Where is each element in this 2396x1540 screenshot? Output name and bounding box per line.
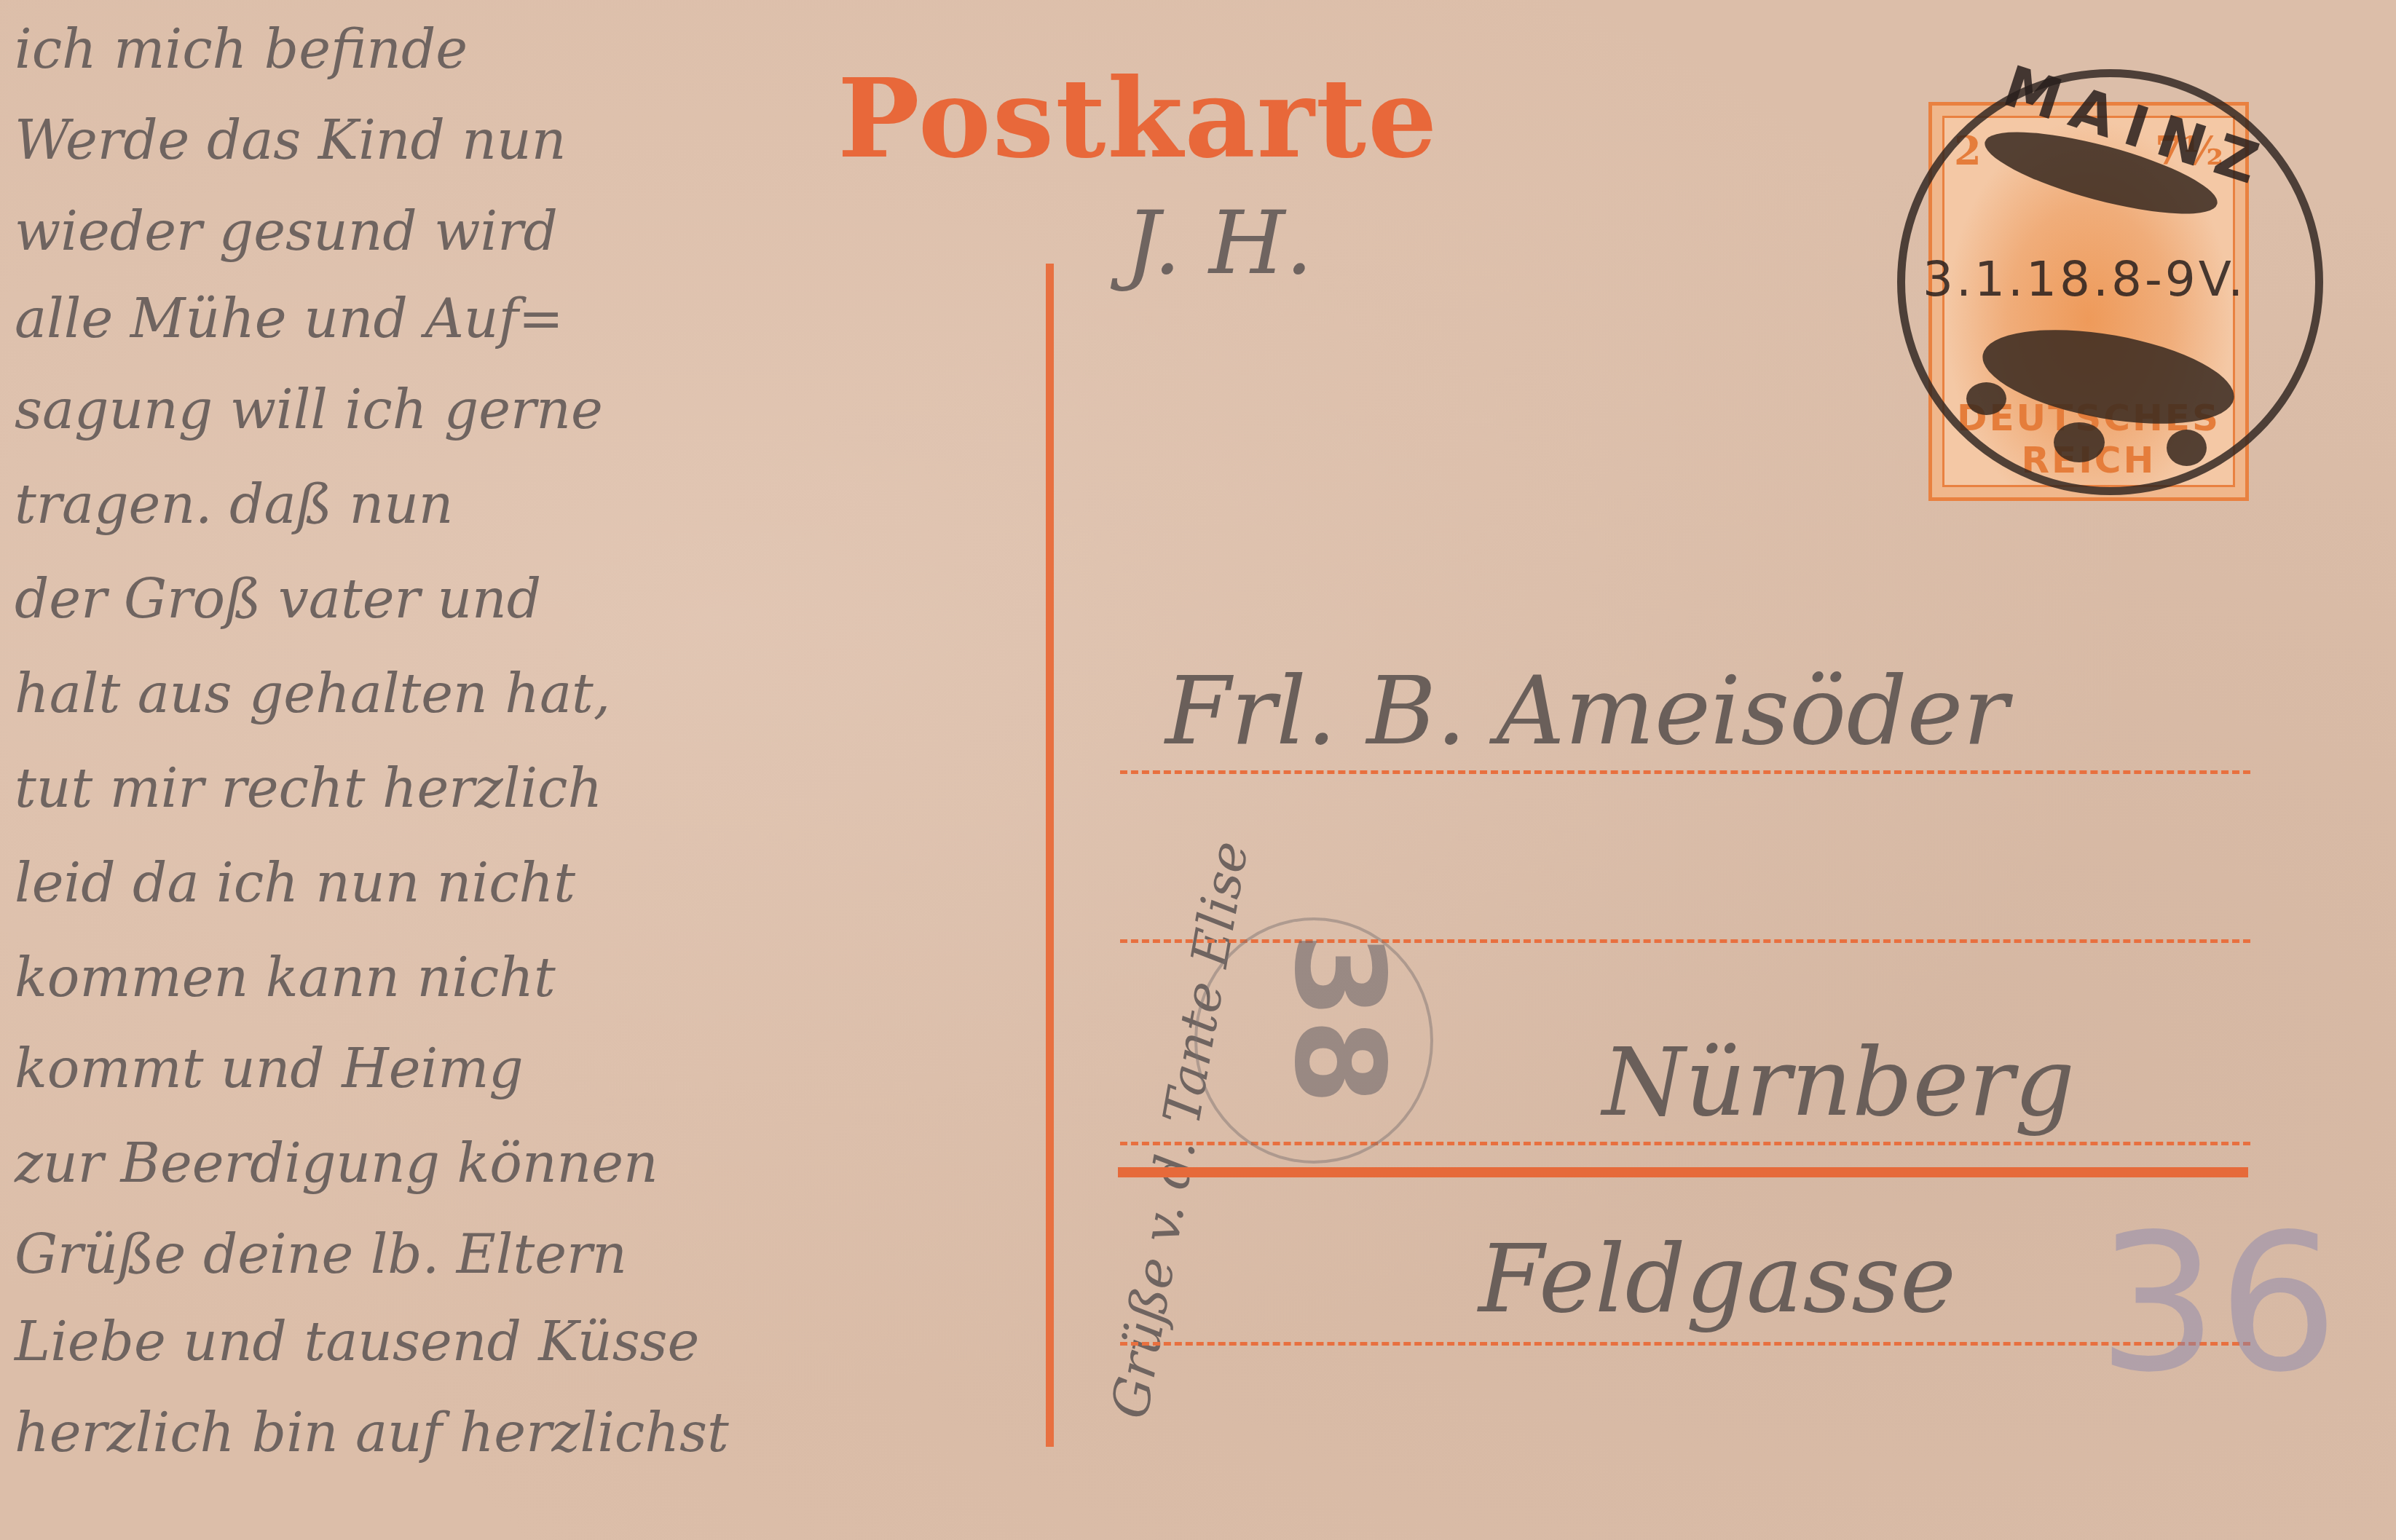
postmark-dot [2054,422,2105,462]
postmark-date: 3.1.18.8-9V. [1923,251,2246,307]
message-line: halt aus gehalten hat, [15,663,610,725]
recipient-name: Frl. B. Ameisöder [1165,655,2009,766]
message-line: wieder gesund wird [15,200,558,263]
postmark-dot [2167,430,2207,466]
message-line: kommen kann nicht [15,947,556,1009]
address-line-solid [1118,1167,2248,1177]
recipient-city: Nürnberg [1602,1027,2075,1137]
censor-number: 38 [1266,933,1411,1105]
message-line: der Groß vater und [15,568,541,631]
message-line: Werde das Kind nun [15,109,566,172]
message-line: zur Beerdigung können [15,1132,658,1195]
postkarte-title: Postkarte [838,64,1438,173]
message-line: ich mich befinde [15,18,468,81]
message-line: sagung will ich gerne [15,379,603,441]
message-line: Grüße deine lb. Eltern [15,1223,627,1286]
recipient-street: Feldgasse [1478,1223,1956,1334]
sender-initials: J. H. [1125,193,1313,294]
message-line: tut mir recht herzlich [15,757,602,820]
address-line-1 [1120,770,2250,774]
postmark-dot [1966,382,2006,415]
message-line: kommt und Heimg [15,1038,524,1100]
message-line: Liebe und tausend Küsse [15,1311,699,1373]
message-line: tragen. daß nun [15,473,454,536]
vertical-divider [1046,264,1054,1447]
message-line: alle Mühe und Auf= [15,288,564,350]
message-line: leid da ich nun nicht [15,852,575,915]
message-line: herzlich bin auf herzlichst [15,1402,729,1464]
pencil-house-number: 36 [2097,1194,2338,1414]
address-line-4 [1120,1342,2250,1346]
